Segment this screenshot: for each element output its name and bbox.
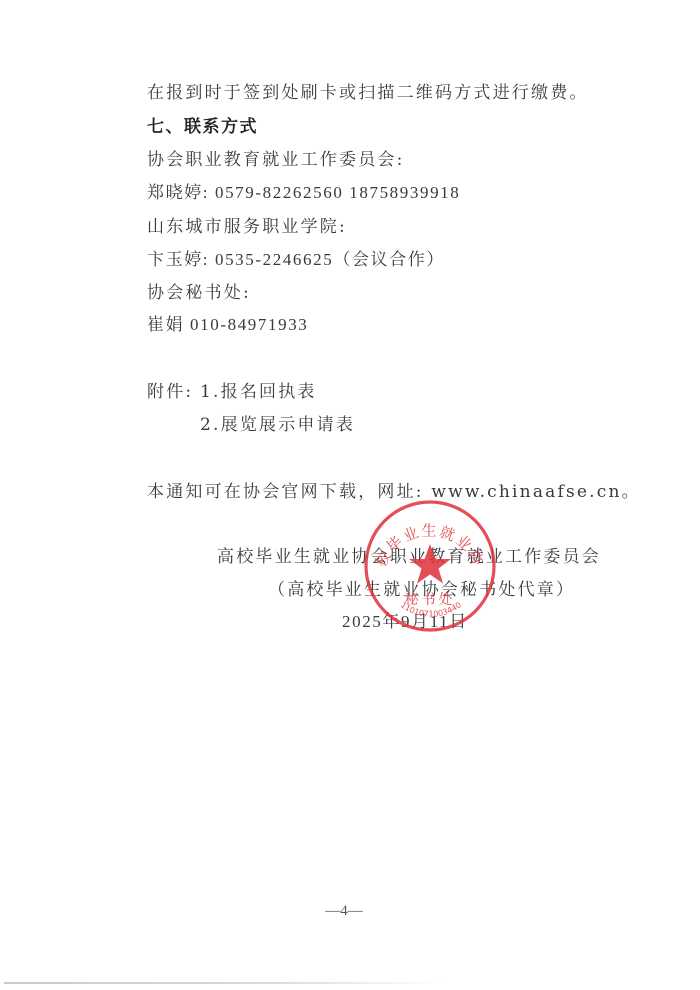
signature-org: 高校毕业生就业协会职业教育就业工作委员会 [217, 546, 601, 568]
attachment-item-1: 1.报名回执表 [200, 381, 317, 403]
section-heading-contact: 七、联系方式 [147, 116, 258, 138]
contact-org-3: 协会秘书处: [147, 282, 251, 304]
signature-date: 2025年9月11日 [342, 611, 468, 633]
scan-edge-line [4, 982, 444, 984]
contact-org-2: 山东城市服务职业学院: [147, 216, 347, 238]
signature-seal-note: （高校毕业生就业协会秘书处代章） [268, 579, 575, 601]
attachments-label: 附件: [147, 381, 193, 403]
payment-method-text: 在报到时于签到处刷卡或扫描二维码方式进行缴费。 [147, 82, 589, 104]
contact-person-2: 卞玉婷: 0535-2246625（会议合作） [147, 249, 445, 271]
contact-person-3: 崔娟 010-84971933 [147, 314, 308, 336]
attachment-item-2: 2.展览展示申请表 [200, 414, 355, 436]
contact-person-1: 郑晓婷: 0579-82262560 18758939918 [147, 182, 460, 204]
page-number: —4— [318, 903, 370, 920]
download-notice: 本通知可在协会官网下载，网址: www.chinaafse.cn。 [147, 481, 641, 503]
contact-org-1: 协会职业教育就业工作委员会: [147, 149, 405, 171]
